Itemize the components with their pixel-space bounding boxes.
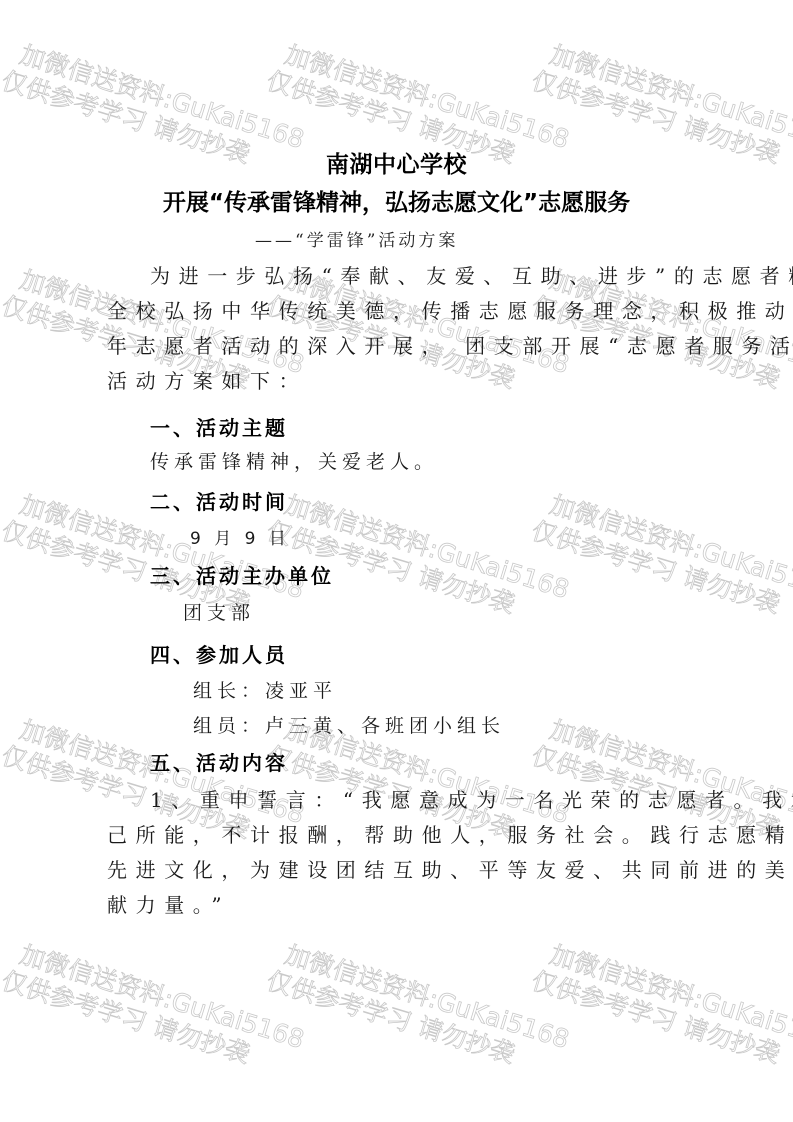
intro-line-2: 全校弘扬中华传统美德，传播志愿服务理念，积极推动学雷锋青 <box>107 294 793 329</box>
document-subtitle: ——“学雷锋”活动方案 <box>255 229 458 253</box>
intro-line-4: 活动方案如下： <box>107 364 307 399</box>
section-content-organizer: 团支部 <box>183 599 255 627</box>
participants-members: 组员：卢三黄、各班团小组长 <box>193 712 505 740</box>
section-heading-time: 二、活动时间 <box>150 487 288 517</box>
content-line-4: 献力量。” <box>107 888 230 923</box>
intro-line-1: 为进一步弘扬“奉献、友爱、互助、进步”的志愿者精神，在 <box>150 259 793 294</box>
content-line-1: 1、重申誓言：“我愿意成为一名光荣的志愿者。我承诺：尽 <box>150 783 793 818</box>
participants-leader: 组长：凌亚平 <box>193 677 337 705</box>
section-heading-theme: 一、活动主题 <box>150 413 288 443</box>
section-heading-content: 五、活动内容 <box>150 748 288 778</box>
school-name-title: 南湖中心学校 <box>0 150 793 180</box>
intro-line-3: 年志愿者活动的深入开展， 团支部开展“志愿者服务活动”，现拟 <box>107 329 793 364</box>
section-heading-participants: 四、参加人员 <box>150 640 288 670</box>
content-line-2: 己所能，不计报酬，帮助他人，服务社会。践行志愿精神，传播 <box>107 818 793 853</box>
document-title: 开展“传承雷锋精神，弘扬志愿文化”志愿服务 <box>0 188 793 218</box>
content-line-3: 先进文化，为建设团结互助、平等友爱、共同前进的美好社会贡 <box>107 853 793 888</box>
section-heading-organizer: 三、活动主办单位 <box>150 561 334 591</box>
section-content-time: 9 月 9 日 <box>190 525 290 553</box>
document-page: 南湖中心学校 开展“传承雷锋精神，弘扬志愿文化”志愿服务 ——“学雷锋”活动方案… <box>0 0 793 1122</box>
section-content-theme: 传承雷锋精神，关爱老人。 <box>150 448 438 476</box>
